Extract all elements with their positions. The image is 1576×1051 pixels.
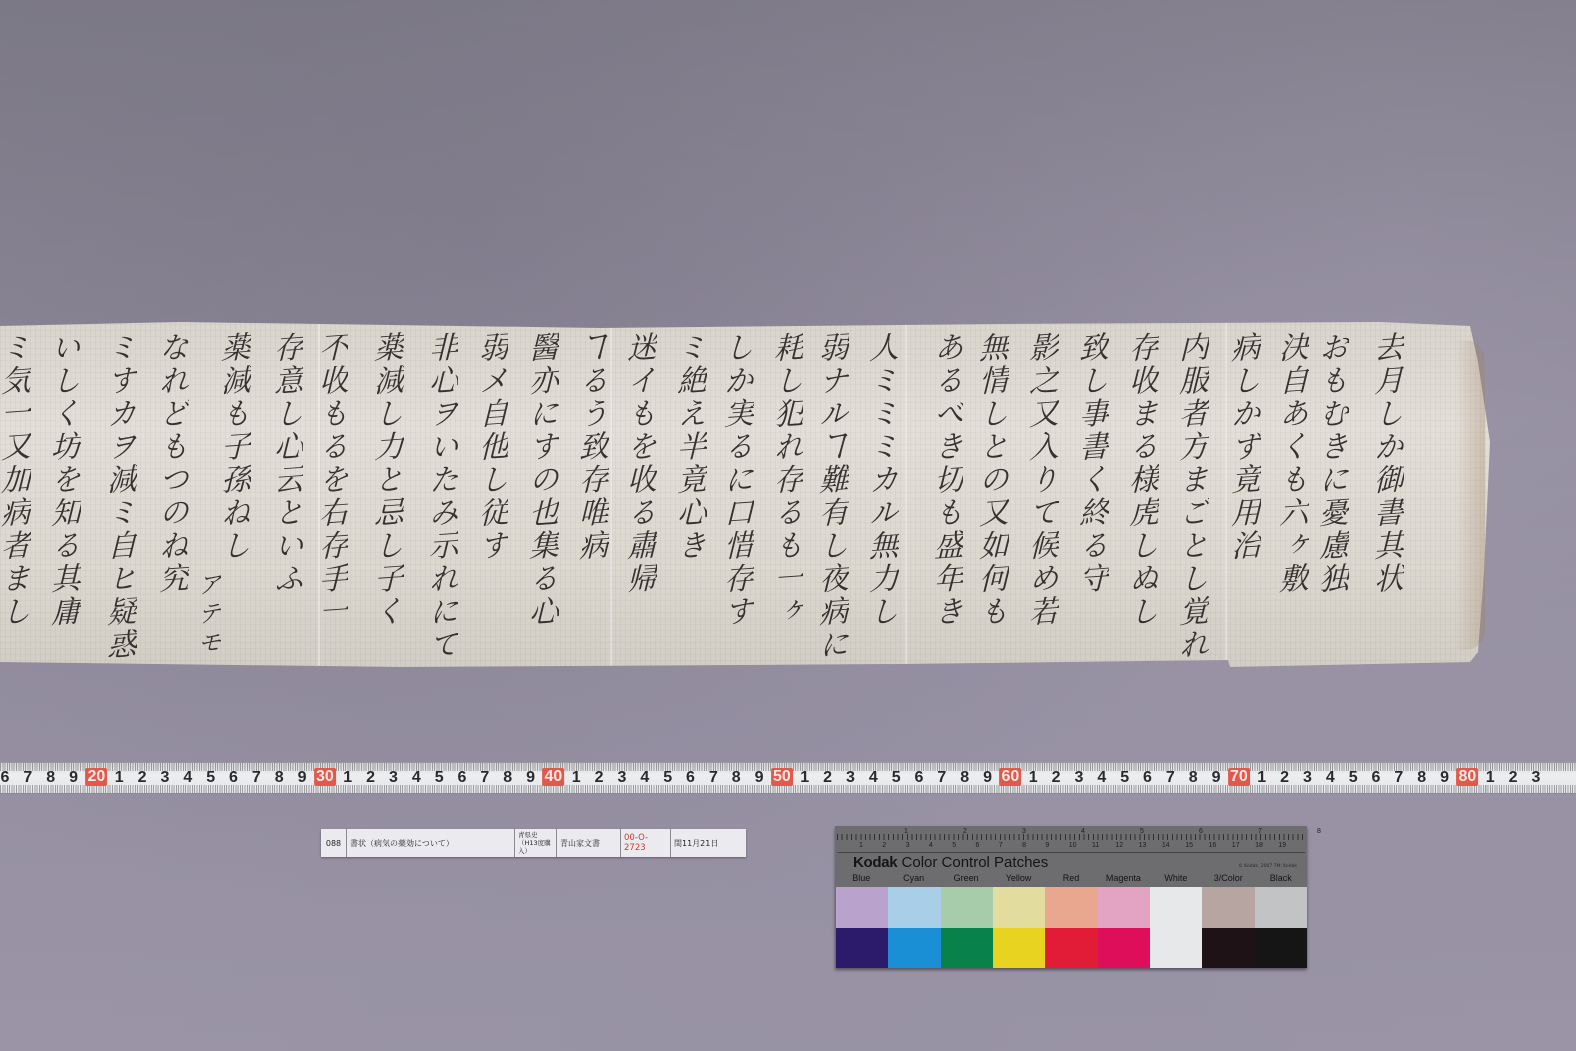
patch-light — [888, 887, 940, 928]
patch-name: Green — [940, 873, 992, 885]
patch-light — [941, 887, 993, 928]
ruler-mark: 2 — [138, 769, 147, 787]
patch-name: Blue — [835, 873, 887, 885]
ruler-mark: 9 — [983, 769, 992, 787]
patch-name: 3/Color — [1202, 873, 1254, 885]
cm-mark: 7 — [999, 842, 1003, 849]
cm-mark: 13 — [1139, 842, 1147, 849]
ruler-mark: 1 — [1486, 769, 1495, 787]
patch-column-white — [1150, 887, 1202, 968]
ruler-major-mark: 50 — [771, 768, 793, 786]
patch-column-green — [941, 887, 993, 968]
ruler-mark: 3 — [1303, 769, 1312, 787]
cm-mark: 15 — [1185, 842, 1193, 849]
cm-mark: 18 — [1255, 842, 1263, 849]
ruler-mark: 7 — [480, 769, 489, 787]
ruler-mark: 4 — [1326, 769, 1335, 787]
handwritten-column: 影之又入りて候め若 — [1025, 331, 1055, 630]
ruler-mark: 7 — [1394, 769, 1403, 787]
ruler-mark: 2 — [1509, 769, 1518, 787]
patch-name: Cyan — [887, 873, 939, 885]
handwritten-column: なれどもつのね究 — [155, 331, 185, 597]
cm-mark: 19 — [1278, 842, 1286, 849]
cm-mark: 1 — [859, 842, 863, 849]
kodak-card-scale: 1234567812345678910111213141516171819 — [837, 828, 1305, 853]
ruler-mark: 4 — [869, 769, 878, 787]
cm-mark: 5 — [952, 842, 956, 849]
ruler-mark: 8 — [960, 769, 969, 787]
handwritten-column: アテモ — [195, 571, 219, 660]
patch-name: White — [1150, 873, 1202, 885]
patch-column-magenta — [1098, 887, 1150, 968]
ruler-major-mark: 20 — [85, 768, 107, 786]
inch-mark: 7 — [1258, 828, 1262, 835]
cm-mark: 8 — [1022, 842, 1026, 849]
ruler-mark: 6 — [1143, 769, 1152, 787]
handwritten-column: 去月しか御書其状 — [1370, 331, 1400, 597]
ruler-mark: 4 — [412, 769, 421, 787]
ruler-mark: 5 — [1120, 769, 1129, 787]
handwritten-column: 致し事書く終る守 — [1075, 331, 1105, 597]
ruler-mark: 1 — [800, 769, 809, 787]
ruler-mark: 9 — [298, 769, 307, 787]
ruler-mark: 5 — [892, 769, 901, 787]
handwritten-column: 弱ナルヿ難有し夜病に — [815, 331, 845, 663]
handwritten-column: 無情しとの又如何も — [975, 331, 1005, 630]
ruler-mark: 6 — [458, 769, 467, 787]
ruler-major-mark: 60 — [999, 768, 1021, 786]
ruler-mark: 9 — [755, 769, 764, 787]
inch-mark: 3 — [1022, 828, 1026, 835]
catalog-label: 088 書状（病気の薬効について） 青県史（H13度購入） 青山家文書 00-O… — [321, 829, 746, 857]
ruler-mark: 1 — [115, 769, 124, 787]
ruler-mark: 4 — [640, 769, 649, 787]
kodak-card-title: Kodak Color Control Patches — [853, 854, 1048, 871]
ruler-mark: 1 — [343, 769, 352, 787]
ruler-mark: 2 — [1052, 769, 1061, 787]
label-collection: 青山家文書 — [557, 829, 621, 857]
cm-mark: 4 — [929, 842, 933, 849]
inch-mark: 6 — [1199, 828, 1203, 835]
patch-column-cyan — [888, 887, 940, 968]
ruler-major-mark: 70 — [1228, 768, 1250, 786]
ruler-mark: 3 — [1531, 769, 1540, 787]
patch-dark — [836, 928, 888, 969]
cm-mark: 11 — [1092, 842, 1099, 849]
patch-dark — [1098, 928, 1150, 969]
handwritten-column: 病しかず竟用治 — [1227, 331, 1257, 564]
ruler-mark: 1 — [1257, 769, 1266, 787]
ruler-mark: 6 — [915, 769, 924, 787]
ruler-mark: 2 — [595, 769, 604, 787]
handwritten-column: 存收まる様虎しぬし — [1125, 331, 1155, 630]
patch-dark — [993, 928, 1045, 969]
ruler-major-mark: 40 — [542, 768, 564, 786]
cm-mark: 14 — [1162, 842, 1170, 849]
handwritten-column: 薬減し力と忌し子く — [370, 331, 400, 630]
paper-fold — [610, 322, 613, 667]
label-title: 書状（病気の薬効について） — [347, 829, 515, 857]
ruler-mark: 8 — [1189, 769, 1198, 787]
kodak-copyright: © Kodak, 2007 TM: Kodak — [1238, 864, 1297, 869]
handwritten-column: 耗し犯れ存るも一ヶ — [770, 331, 800, 630]
ruler-mark: 8 — [275, 769, 284, 787]
patch-name: Magenta — [1097, 873, 1149, 885]
ruler-mark: 5 — [1349, 769, 1358, 787]
patch-column-red — [1045, 887, 1097, 968]
ruler-mark: 2 — [1280, 769, 1289, 787]
ruler-mark: 3 — [389, 769, 398, 787]
handwritten-column: ミすカヲ減ミ自ヒ疑惑 — [103, 331, 133, 663]
patch-names: BlueCyanGreenYellowRedMagentaWhite3/Colo… — [835, 873, 1307, 885]
ruler-mark: 9 — [69, 769, 78, 787]
ruler-mark: 2 — [366, 769, 375, 787]
ruler-mark: 7 — [23, 769, 32, 787]
handwritten-column: おもむきに憂慮独 — [1315, 331, 1345, 597]
handwritten-column: あるべき切も盛年き — [930, 331, 960, 630]
ruler-major-mark: 80 — [1456, 768, 1478, 786]
patch-column-3-color — [1202, 887, 1254, 968]
handwritten-column: 弱メ自他し従す — [475, 331, 505, 564]
ruler-mark: 5 — [435, 769, 444, 787]
ruler-mark: 1 — [1029, 769, 1038, 787]
handwritten-column: 薬減も子孫ねし — [217, 331, 247, 564]
patch-name: Black — [1255, 873, 1307, 885]
patch-light — [836, 887, 888, 928]
patch-light — [993, 887, 1045, 928]
ruler-major-mark: 30 — [314, 768, 336, 786]
kodak-color-card: 1234567812345678910111213141516171819 Ko… — [835, 826, 1307, 968]
handwritten-column: 非心ヲいたみ示れにて — [425, 331, 455, 663]
patch-dark — [1255, 928, 1307, 969]
ruler-mark: 9 — [1212, 769, 1221, 787]
ruler-mark: 2 — [823, 769, 832, 787]
patch-column-blue — [836, 887, 888, 968]
patch-light — [1255, 887, 1307, 928]
handwritten-column: ミ絶え半竟心き — [673, 331, 703, 564]
handwritten-column: 人ミミミカル無力し — [865, 331, 895, 630]
ruler-mark: 7 — [252, 769, 261, 787]
ruler-mark: 5 — [663, 769, 672, 787]
handwritten-column: しか実るに口惜存す — [720, 331, 750, 630]
ruler-mark: 7 — [709, 769, 718, 787]
ruler-mark: 6 — [686, 769, 695, 787]
patch-light — [1045, 887, 1097, 928]
patch-dark — [1150, 928, 1202, 969]
ruler-mark: 6 — [229, 769, 238, 787]
handwritten-column: いしく坊を知る其庸 — [47, 331, 77, 630]
patch-name: Yellow — [992, 873, 1044, 885]
patch-light — [1202, 887, 1254, 928]
ruler-mark: 9 — [1440, 769, 1449, 787]
ruler-mark: 8 — [46, 769, 55, 787]
ruler-mark: 6 — [1372, 769, 1381, 787]
label-number: 088 — [321, 829, 347, 857]
ruler-mark: 8 — [503, 769, 512, 787]
ruler-mark: 9 — [526, 769, 535, 787]
ruler-mark: 3 — [617, 769, 626, 787]
patch-column-yellow — [993, 887, 1045, 968]
patch-dark — [1202, 928, 1254, 969]
label-source: 青県史（H13度購入） — [515, 829, 557, 857]
cm-mark: 3 — [906, 842, 910, 849]
handwritten-column: 内服者方まごとし覚れ — [1175, 331, 1205, 663]
kodak-brand: Kodak — [853, 854, 897, 871]
cm-mark: 12 — [1115, 842, 1123, 849]
handwritten-column: ミ気一又加病者まし — [0, 331, 27, 630]
ruler-mark: 3 — [160, 769, 169, 787]
ruler-mark: 8 — [732, 769, 741, 787]
ruler-mark: 4 — [1097, 769, 1106, 787]
paper-fold — [905, 322, 908, 667]
ruler-mark: 7 — [1166, 769, 1175, 787]
color-patches — [836, 887, 1307, 968]
handwritten-column: 迷イもを收る肅帰 — [623, 331, 653, 597]
cm-mark: 17 — [1232, 842, 1240, 849]
inch-mark: 5 — [1140, 828, 1144, 835]
ruler-mark: 7 — [937, 769, 946, 787]
kodak-title-text: Color Control Patches — [902, 854, 1049, 871]
ruler-mark: 8 — [1417, 769, 1426, 787]
patch-column-black — [1255, 887, 1307, 968]
cm-mark: 9 — [1045, 842, 1049, 849]
document-scroll: 去月しか御書其状おもむきに憂慮独決自あくも六ヶ敷病しかず竟用治内服者方まごとし覚… — [0, 322, 1490, 667]
label-id: 00-O-2723 — [621, 829, 671, 857]
inch-mark: 8 — [1317, 828, 1321, 835]
inch-mark: 1 — [904, 828, 908, 835]
handwritten-column: 醫亦にすの也集る心 — [525, 331, 555, 630]
ruler-mark: 5 — [206, 769, 215, 787]
inch-mark: 2 — [963, 828, 967, 835]
patch-dark — [888, 928, 940, 969]
scroll-torn-edge — [1455, 340, 1485, 650]
handwritten-column: ヿるう致存唯病 — [575, 331, 605, 564]
cm-mark: 10 — [1069, 842, 1077, 849]
patch-light — [1098, 887, 1150, 928]
label-date: 閏11月21日 — [671, 829, 746, 857]
ruler-mark: 4 — [183, 769, 192, 787]
inch-mark: 4 — [1081, 828, 1085, 835]
handwritten-column: 存意し心云といふ — [270, 331, 300, 597]
ruler-mark: 1 — [572, 769, 581, 787]
cm-mark: 2 — [882, 842, 886, 849]
patch-name: Red — [1045, 873, 1097, 885]
ruler-mark: 6 — [1, 769, 10, 787]
handwritten-column: 決自あくも六ヶ敷 — [1275, 331, 1305, 597]
ruler-mark: 3 — [1074, 769, 1083, 787]
cm-mark: 16 — [1209, 842, 1217, 849]
patch-light — [1150, 887, 1202, 928]
patch-dark — [1045, 928, 1097, 969]
patch-dark — [941, 928, 993, 969]
ruler-mark: 3 — [846, 769, 855, 787]
handwritten-column: 不收もるを右存手一 — [315, 331, 345, 630]
cm-mark: 6 — [976, 842, 980, 849]
measuring-tape: 6789201234567893012345678940123456789501… — [0, 762, 1576, 794]
